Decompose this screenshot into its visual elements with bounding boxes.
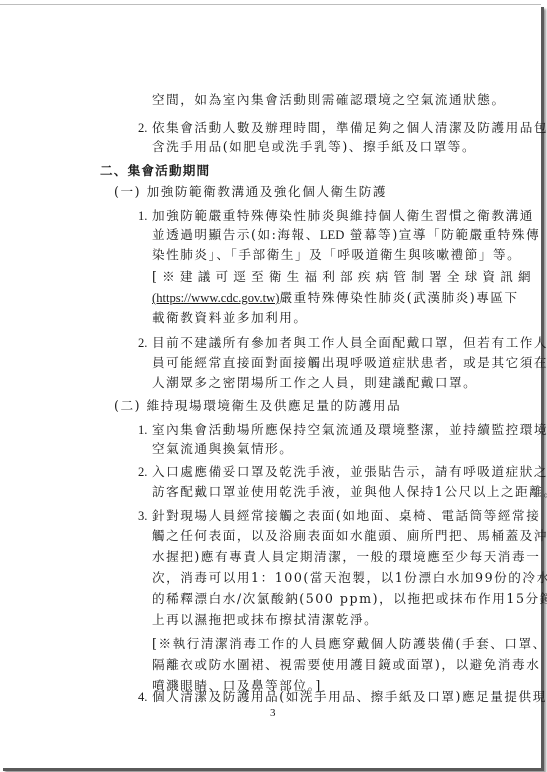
paragraph-line: 員可能經常直接面對面接觸出現呼吸道症狀患者，或是其它須在 [152,355,547,371]
paragraph-line: 載衛教資料並多加利用。 [152,310,308,326]
paragraph-line: 並透過明顯告示(如:海報、LED 螢幕等)宣導「防範嚴重特殊傳 [152,227,540,243]
paragraph-line: 染性肺炎」、「手部衛生」及「呼吸道衛生與咳嗽禮節」等。 [152,247,521,263]
section-heading: 二、集會活動期間 [100,163,210,179]
subsection-heading: (一) 加強防範衛教溝通及強化個人衛生防護 [114,184,387,200]
document-page: 空間，如為室內集會活動則需確認環境之空氣流通狀態。 2. 依集會活動人數及辦理時… [0,4,541,768]
note-line: [※建議可逕至衛生福利部疾病管制署全球資訊網 [152,269,536,285]
note-line: 隔離衣或防水圍裙、視需要使用護目鏡或面罩)，以避免消毒水 [152,657,540,673]
text-segment: 嚴重特殊傳染性肺炎(武漢肺炎)專區下 [279,290,518,305]
page-number: 3 [270,707,276,719]
paragraph-line: 上再以濕拖把或抹布擦拭清潔乾淨。 [152,612,378,628]
text-segment: LED [320,228,344,242]
list-number: 2. [138,120,147,136]
paragraph-line: 空氣流通與換氣情形。 [152,441,293,457]
paragraph-line: 加強防範嚴重特殊傳染性肺炎與維持個人衛生習慣之衛教溝通 [152,208,534,224]
paragraph-line: 空間，如為室內集會活動則需確認環境之空氣流通狀態。 [152,92,506,108]
list-number: 4. [138,689,147,705]
cdc-website-link[interactable]: (https://www.cdc.gov.tw) [152,291,279,305]
paragraph-line: 依集會活動人數及辦理時間，準備足夠之個人清潔及防護用品包 [152,120,547,136]
paragraph-line: 個人清潔及防護用品(如洗手用品、擦手紙及口罩)應足量提供現 [152,689,547,705]
list-number: 3. [138,508,147,524]
subsection-heading: (二) 維持現場環境衛生及供應足量的防護用品 [114,398,401,414]
list-number: 1. [138,208,147,224]
paragraph-line: (https://www.cdc.gov.tw)嚴重特殊傳染性肺炎(武漢肺炎)專… [152,290,519,306]
paragraph-line: 的稀釋漂白水/次氯酸鈉(500 ppm)，以拖把或抹布作用15分鐘以 [152,591,547,607]
text-segment: 並透過明顯告示(如:海報、 [152,227,320,242]
paragraph-line: 目前不建議所有參加者與工作人員全面配戴口罩，但若有工作人 [152,335,547,351]
list-number: 1. [138,422,147,438]
paragraph-line: 針對現場人員經常接觸之表面(如地面、桌椅、電話筒等經常接 [152,508,540,524]
paragraph-line: 含洗手用品(如肥皂或洗手乳等)、擦手紙及口罩等。 [152,139,476,155]
paragraph-line: 入口處應備妥口罩及乾洗手液，並張貼告示，請有呼吸道症狀之 [152,464,547,480]
list-number: 2. [138,464,147,480]
text-segment: 螢幕等)宣導「防範嚴重特殊傳 [344,227,540,242]
paragraph-line: 水握把)應有專責人員定期清潔，一般的環境應至少每天消毒一 [152,549,540,565]
paragraph-line: 觸之任何表面，以及浴廁表面如水龍頭、廁所門把、馬桶蓋及沖 [152,528,547,544]
list-number: 2. [138,335,147,351]
paragraph-line: 人潮眾多之密閉場所工作之人員，則建議配戴口罩。 [152,375,477,391]
paragraph-line: 室內集會活動場所應保持空氣流通及環境整潔，並持續監控環境 [152,422,547,438]
note-line: [※執行清潔消毒工作的人員應穿戴個人防護裝備(手套、口罩、 [152,636,547,652]
paragraph-line: 訪客配戴口罩並使用乾洗手液，並與他人保持1公尺以上之距離。 [152,484,547,500]
paragraph-line: 次，消毒可以用1：100(當天泡製，以1份漂白水加99份的冷水) [152,570,547,586]
